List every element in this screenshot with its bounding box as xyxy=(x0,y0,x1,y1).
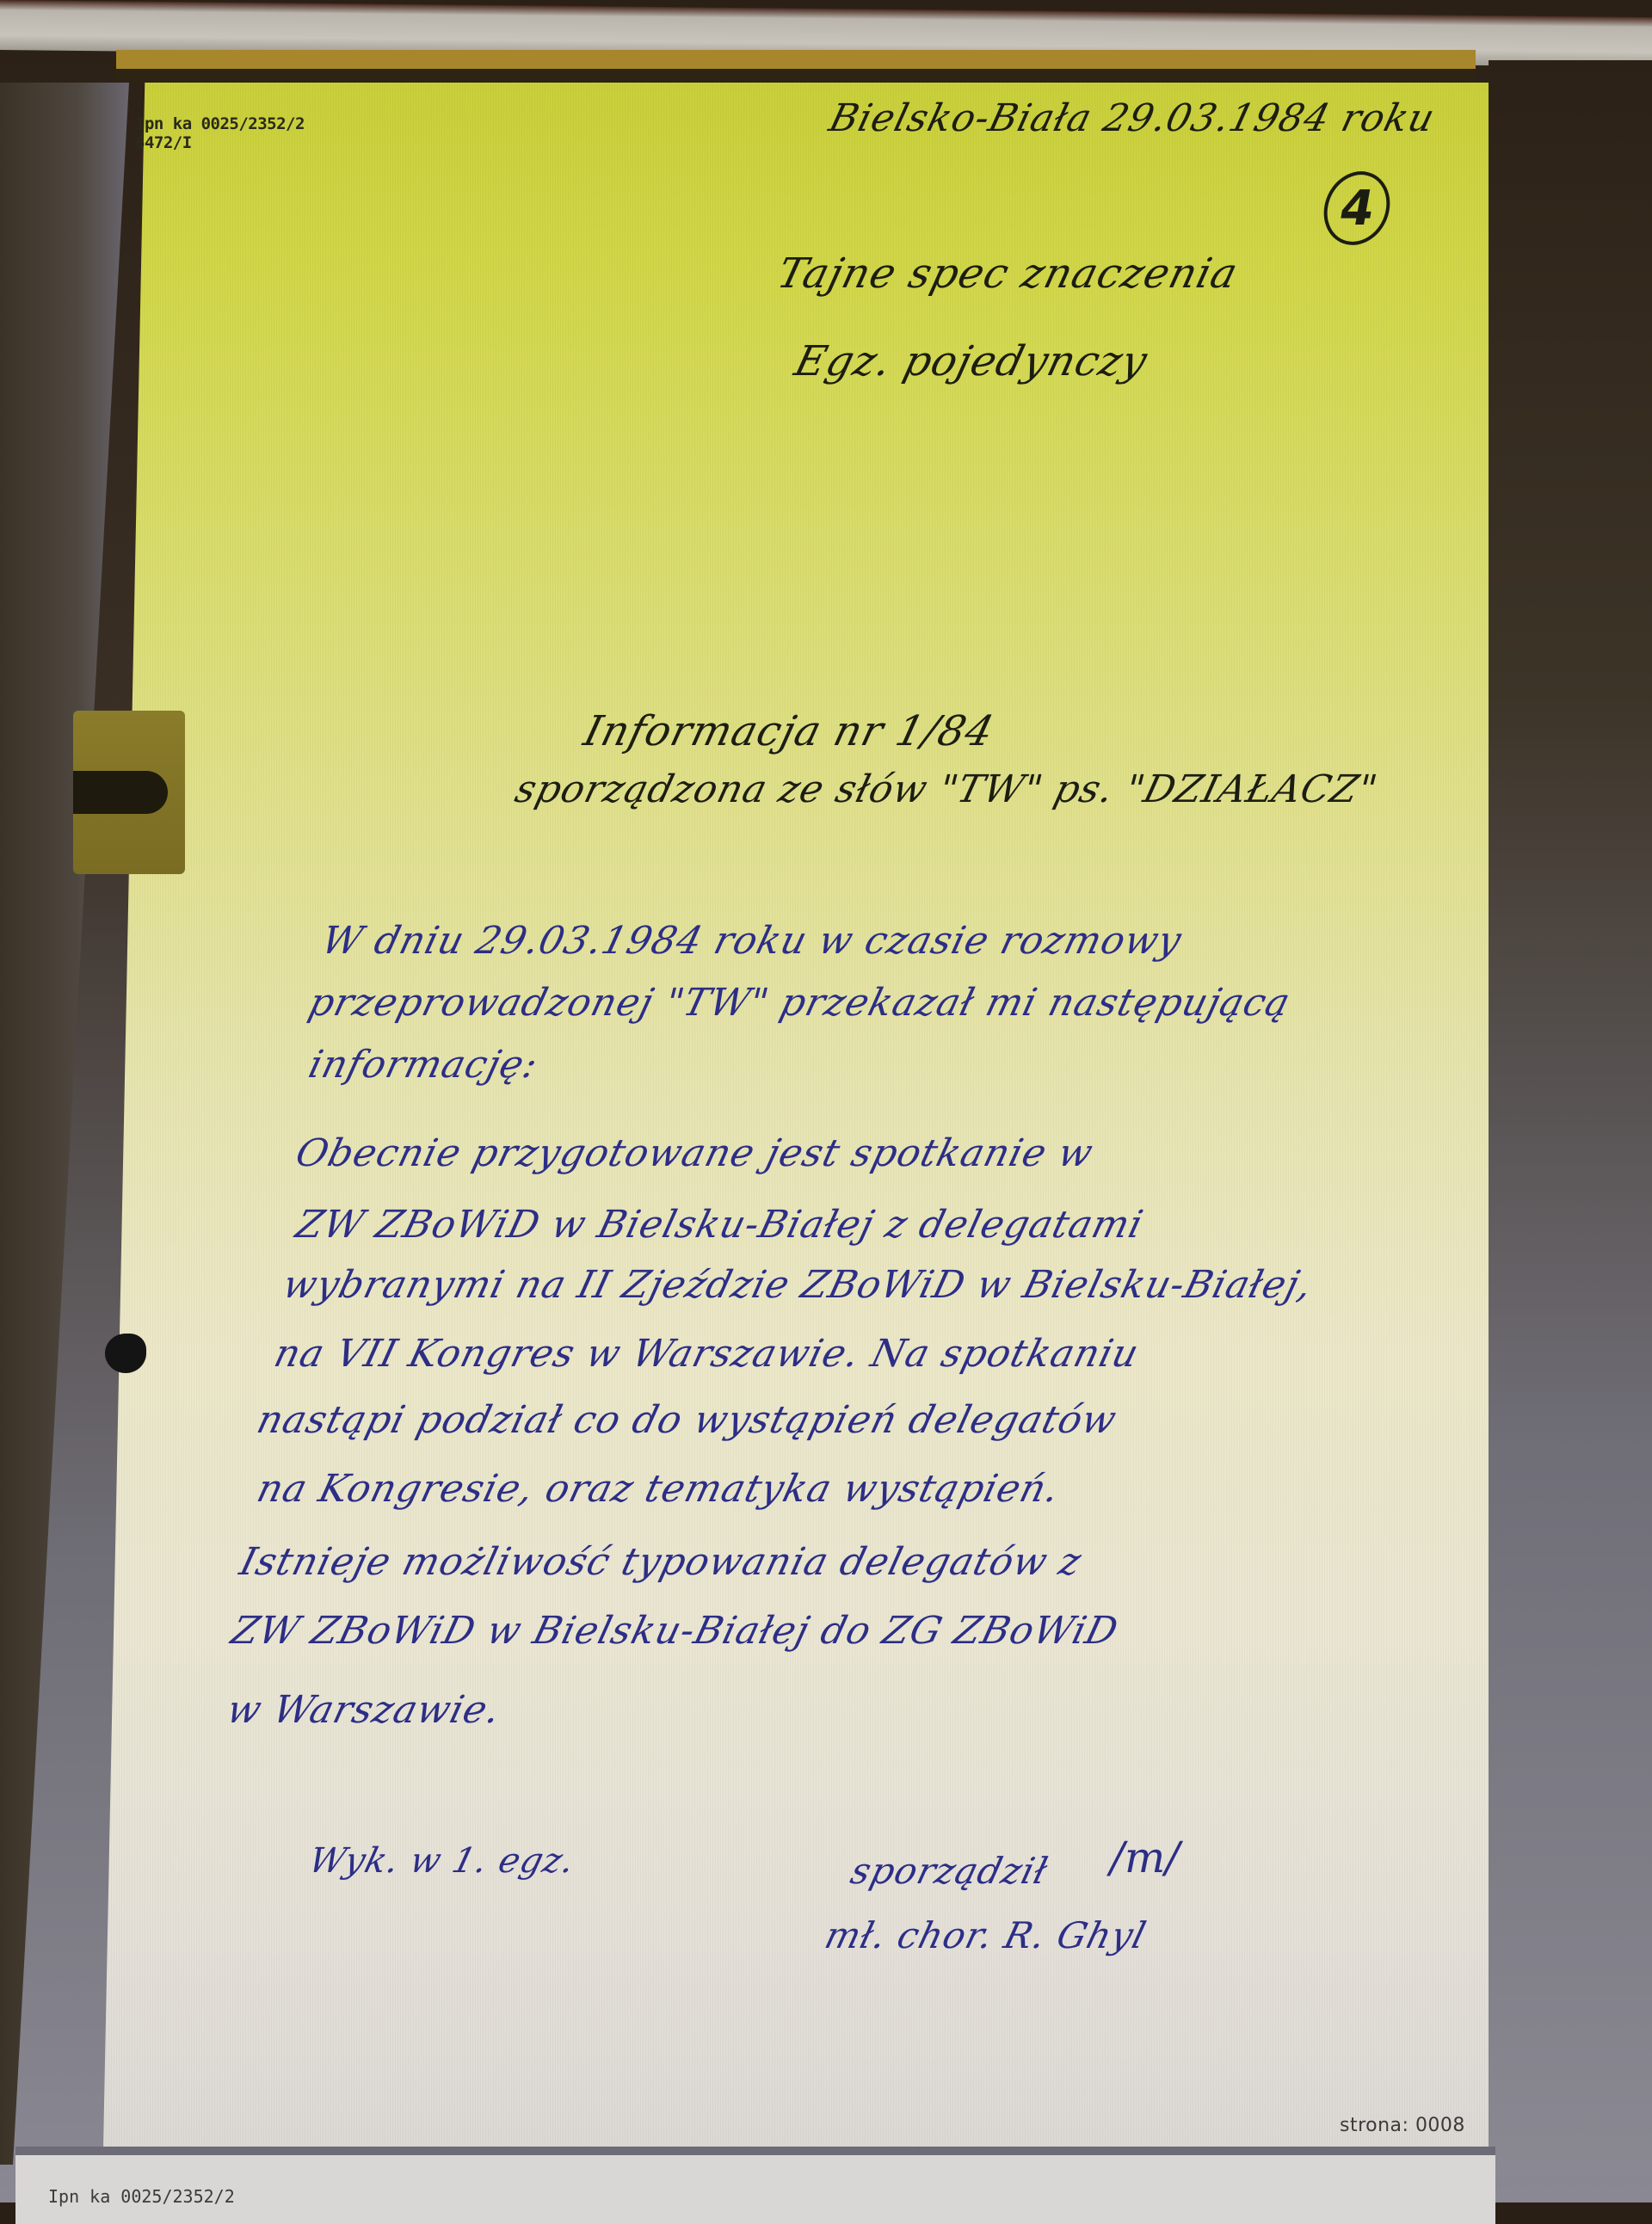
body-line: Istnieje możliwość typowania delegatów z xyxy=(236,1540,1087,1584)
body-line: W dniu 29.03.1984 roku w czasie rozmowy xyxy=(317,919,1187,963)
right-viewer-background xyxy=(1489,60,1652,2177)
hole-punch-icon xyxy=(73,771,168,814)
circled-page-number-text: 4 xyxy=(1335,181,1378,237)
officer-name: mł. chor. R. Ghyl xyxy=(821,1914,1150,1956)
previous-page-edge xyxy=(116,50,1476,81)
next-page-archive-ref: Ipn ka 0025/2352/2 xyxy=(48,2186,235,2202)
signature-mark: /m/ xyxy=(1110,1833,1180,1882)
classification-line: Tajne spec znaczenia xyxy=(773,250,1243,298)
body-line: na Kongresie, oraz tematyka wystąpień. xyxy=(253,1467,1064,1511)
body-line: nastąpi podział co do wystąpień delegató… xyxy=(253,1398,1121,1442)
document-subtitle: sporządzona ze słów "TW" ps. "DZIAŁACZ" xyxy=(511,767,1383,811)
page-footer-number: strona: 0008 xyxy=(1340,2115,1465,2136)
body-line: Obecnie przygotowane jest spotkanie w xyxy=(292,1131,1098,1175)
archive-ref-line2: 6472/I xyxy=(135,133,305,152)
ink-blot-mark xyxy=(105,1334,146,1373)
body-line: przeprowadzonej "TW" przekazał mi następ… xyxy=(305,981,1295,1025)
body-line: informację: xyxy=(305,1043,543,1087)
body-line: ZW ZBoWiD w Bielsku-Białej z delegatami xyxy=(292,1203,1148,1247)
body-line: na VII Kongres w Warszawie. Na spotkaniu xyxy=(270,1332,1143,1376)
monitor-screen: Ipn ka 0025/2352/2 6472/I Bielsko-Biała … xyxy=(0,0,1652,2202)
prepared-by-label: sporządził xyxy=(847,1850,1052,1892)
body-line: w Warszawie. xyxy=(223,1688,506,1732)
scanned-document-page xyxy=(103,83,1489,2147)
next-page-preview[interactable]: Ipn ka 0025/2352/2 xyxy=(15,2147,1495,2202)
copy-designation-line: Egz. pojedynczy xyxy=(790,337,1152,385)
copy-count-note: Wyk. w 1. egz. xyxy=(305,1841,579,1881)
archive-reference: Ipn ka 0025/2352/2 6472/I xyxy=(135,114,305,152)
document-title: Informacja nr 1/84 xyxy=(579,707,999,755)
archive-ref-line1: Ipn ka 0025/2352/2 xyxy=(135,114,305,133)
body-line: wybranymi na II Zjeździe ZBoWiD w Bielsk… xyxy=(279,1263,1317,1307)
body-line: ZW ZBoWiD w Bielsku-Białej do ZG ZBoWiD xyxy=(227,1609,1123,1653)
place-and-date: Bielsko-Biała 29.03.1984 roku xyxy=(825,96,1439,140)
